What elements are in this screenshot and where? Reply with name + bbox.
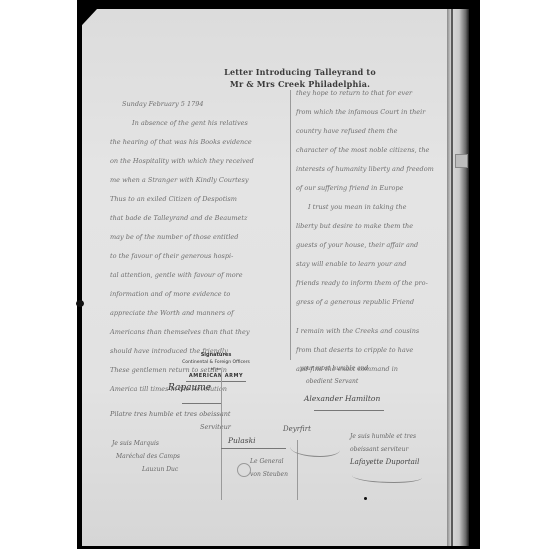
signature-left-block: Je suis Marquis Maréchal des Camps Lauzu… <box>112 437 180 476</box>
right-line: I trust you mean in taking the <box>296 198 434 217</box>
label-line-2: Continental & Foreign Officers <box>166 359 266 366</box>
right-line: guests of your house, their affair and <box>296 236 434 255</box>
label-rule <box>186 381 246 382</box>
binding-edge-line <box>451 9 453 546</box>
right-line: gress of a generous republic Friend <box>296 293 434 312</box>
right-line: of our suffering friend in Europe <box>296 179 434 198</box>
left-line: on the Hospitality with which they recei… <box>110 152 254 171</box>
right-line: liberty but desire to make them the <box>296 217 434 236</box>
signature-center-block: Le General von Steuben <box>250 455 288 481</box>
column-divider <box>290 90 291 360</box>
left-line: Thus to an exiled Citizen of Despotism <box>110 190 254 209</box>
left-sig-line: Je suis Marquis <box>112 437 180 450</box>
signature-pulaski: Pulaski <box>228 436 256 445</box>
label-line-4: AMERICAN ARMY <box>166 373 266 380</box>
ink-speck <box>364 497 367 500</box>
right-sig-line: Lafayette Duportail <box>350 456 419 469</box>
letter-closing: your most humble and obedient Servant Al… <box>300 362 380 405</box>
right-line: stay will enable to learn your and <box>296 255 434 274</box>
right-line: country have refused them the <box>296 122 434 141</box>
printed-collection-label: Signatures Continental & Foreign Officer… <box>166 352 266 382</box>
right-line: interests of humanity liberty and freedo… <box>296 160 434 179</box>
page-stack-edge <box>447 9 469 546</box>
right-line: they hope to return to that for ever <box>296 84 434 103</box>
signature-rapaume: Rapaume <box>168 383 211 393</box>
label-line-1: Signatures <box>166 352 266 359</box>
right-line: I remain with the Creeks and cousins <box>296 322 434 341</box>
left-sig-line: Lauzun Duc <box>112 463 180 476</box>
signature-note-line-2: Serviteur <box>200 423 231 431</box>
left-line: may be of the number of those entitled <box>110 228 254 247</box>
closing-line: obedient Servant <box>300 375 380 388</box>
right-line: character of the most noble citizens, th… <box>296 141 434 160</box>
signature-divider-horizontal <box>221 448 286 449</box>
left-line: In absence of the gent his relatives <box>110 114 254 133</box>
right-line: friends ready to inform them of the pro- <box>296 274 434 293</box>
left-line: the hearing of that was his Books eviden… <box>110 133 254 152</box>
left-line: to the favour of their generous hospi- <box>110 247 254 266</box>
left-line: me when a Stranger with Kindly Courtesy <box>110 171 254 190</box>
hamilton-signature: Alexander Hamilton <box>300 392 380 405</box>
left-sig-line: Maréchal des Camps <box>112 450 180 463</box>
ink-blot <box>76 300 84 307</box>
center-sig-line: Le General <box>250 455 288 468</box>
left-line: tal attention, gentle with favour of mor… <box>110 266 254 285</box>
left-line: information and of more evidence to <box>110 285 254 304</box>
right-line: from that deserts to cripple to have <box>296 341 434 360</box>
letter-right-column: they hope to return to that for ever fro… <box>296 84 434 379</box>
signature-right-block: Je suis humble et tres obeissant servite… <box>350 430 419 469</box>
wax-seal-mark <box>237 463 251 477</box>
signature-divider-vertical <box>221 370 222 500</box>
signature-deyrfirt: Deyrfirt <box>283 425 311 433</box>
page-tab-marker <box>455 154 468 168</box>
signature-note-line-1: Pilatre tres humble et tres obeissant <box>110 410 231 418</box>
right-sig-line: obeissant serviteur <box>350 443 419 456</box>
left-line: that bade de Talleyrand and de Beaumetz <box>110 209 254 228</box>
signature-underline <box>314 410 384 411</box>
right-sig-line: Je suis humble et tres <box>350 430 419 443</box>
closing-line: your most humble and <box>300 362 380 375</box>
label-line-3: of the <box>166 366 266 373</box>
signature-underline <box>182 403 222 404</box>
right-line: from which the infamous Court in their <box>296 103 434 122</box>
left-line: Americans than themselves than that they <box>110 323 254 342</box>
date-line: Sunday February 5 1794 <box>110 95 254 114</box>
center-sig-line: von Steuben <box>250 468 288 481</box>
left-line: appreciate the Worth and manners of <box>110 304 254 323</box>
title-line-1: Letter Introducing Talleyrand to <box>200 66 400 78</box>
